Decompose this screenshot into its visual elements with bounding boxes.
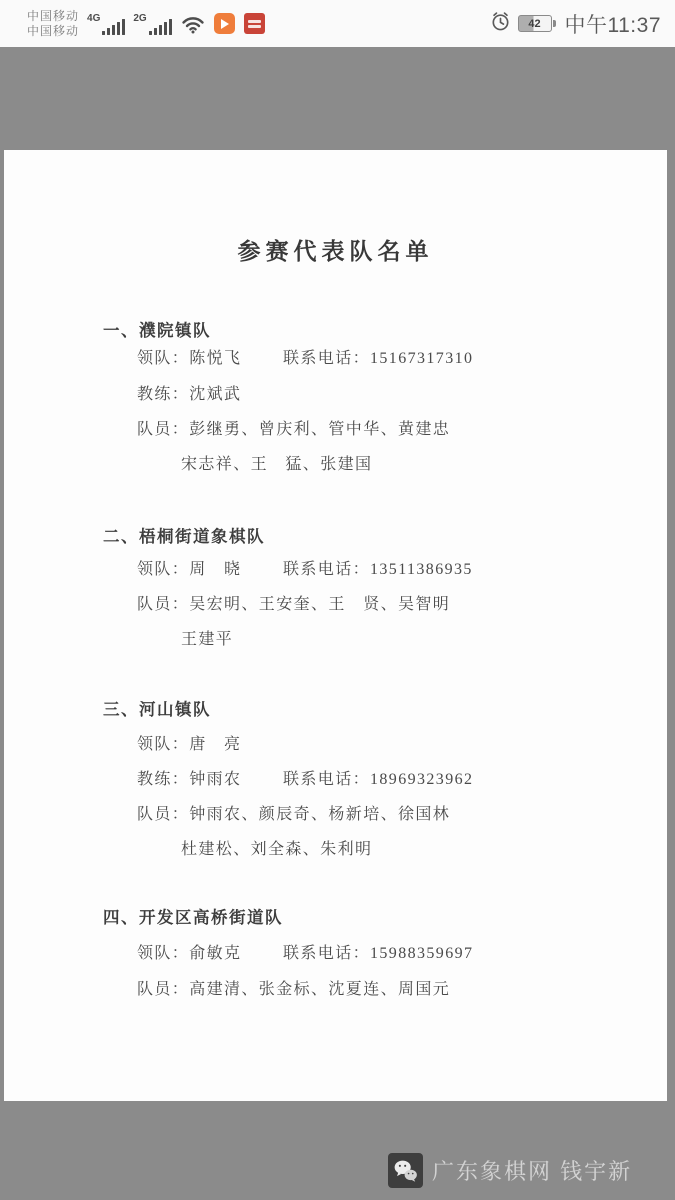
team-heading: 三、河山镇队 <box>103 696 211 720</box>
team-row: 队员：钟雨农、颜辰奇、杨新培、徐国林 <box>137 801 637 824</box>
team-row: 王建平 <box>181 626 675 649</box>
network-type-label-2g: 2G <box>133 13 146 24</box>
team-row: 领队：陈悦飞 联系电话：15167317310 <box>137 345 637 368</box>
coach-label: 教练：沈斌武 <box>137 386 241 403</box>
players-label: 队员：吴宏明、王安奎、王 贤、吴智明 <box>137 596 450 613</box>
team-row: 领队：唐 亮 <box>137 731 637 754</box>
team-row: 队员：高建清、张金标、沈夏连、周国元 <box>137 976 637 999</box>
carrier-label-sim1: 中国移动 <box>27 9 79 24</box>
signal-bars-icon <box>102 19 125 35</box>
players-label: 王建平 <box>181 631 233 648</box>
team-row: 宋志祥、王 猛、张建国 <box>181 451 675 474</box>
carrier-label-sim2: 中国移动 <box>27 24 79 39</box>
sim1-signal: 4G <box>87 13 125 35</box>
team-row: 教练：钟雨农 联系电话：18969323962 <box>137 766 637 789</box>
watermark: 广东象棋网 钱宇新 <box>388 1153 632 1188</box>
team-row: 教练：沈斌武 <box>137 381 637 404</box>
status-bar: 中国移动 中国移动 4G 2G <box>0 0 675 47</box>
leader-label: 领队：陈悦飞 <box>137 350 241 367</box>
team-row: 队员：彭继勇、曾庆利、管中华、黄建忠 <box>137 416 637 439</box>
leader-label: 领队：周 晓 <box>137 561 241 578</box>
contact-phone: 联系电话：15988359697 <box>283 940 473 963</box>
team-heading: 一、濮院镇队 <box>103 317 211 341</box>
team-row: 队员：吴宏明、王安奎、王 贤、吴智明 <box>137 591 637 614</box>
red-badge-app-notification-icon <box>244 13 265 34</box>
coach-label: 教练：钟雨农 <box>137 771 241 788</box>
wifi-icon <box>181 14 205 34</box>
carrier-labels: 中国移动 中国移动 <box>27 9 79 39</box>
team-row: 领队：周 晓 联系电话：13511386935 <box>137 556 637 579</box>
document-page-image[interactable]: 参赛代表队名单 一、濮院镇队 领队：陈悦飞 联系电话：15167317310 教… <box>4 150 667 1101</box>
sim2-signal: 2G <box>133 13 171 35</box>
team-heading: 四、开发区高桥街道队 <box>103 904 283 928</box>
contact-phone: 联系电话：18969323962 <box>283 766 473 789</box>
team-row: 杜建松、刘全森、朱利明 <box>181 836 675 859</box>
alarm-clock-icon <box>490 11 511 37</box>
phone-screenshot: 中国移动 中国移动 4G 2G <box>0 0 675 1200</box>
players-label: 队员：高建清、张金标、沈夏连、周国元 <box>137 981 450 998</box>
wechat-icon <box>388 1153 423 1188</box>
battery-indicator: 42 <box>518 15 552 32</box>
battery-percent-label: 42 <box>528 18 540 30</box>
leader-label: 领队：俞敏克 <box>137 945 241 962</box>
players-label: 杜建松、刘全森、朱利明 <box>181 841 372 858</box>
signal-bars-icon <box>149 19 172 35</box>
status-bar-right: 42 中午11:37 <box>490 9 662 39</box>
contact-phone: 联系电话：15167317310 <box>283 345 473 368</box>
players-label: 队员：钟雨农、颜辰奇、杨新培、徐国林 <box>137 806 450 823</box>
players-label: 队员：彭继勇、曾庆利、管中华、黄建忠 <box>137 421 450 438</box>
watermark-text: 广东象棋网 钱宇新 <box>432 1155 632 1186</box>
team-heading: 二、梧桐街道象棋队 <box>103 523 265 547</box>
team-row: 领队：俞敏克 联系电话：15988359697 <box>137 940 637 963</box>
network-type-label-4g: 4G <box>87 13 100 24</box>
contact-phone: 联系电话：13511386935 <box>283 556 473 579</box>
leader-label: 领队：唐 亮 <box>137 736 241 753</box>
video-app-notification-icon <box>214 13 235 34</box>
document-title: 参赛代表队名单 <box>4 233 667 266</box>
clock-time: 中午11:37 <box>565 9 662 39</box>
players-label: 宋志祥、王 猛、张建国 <box>181 456 372 473</box>
